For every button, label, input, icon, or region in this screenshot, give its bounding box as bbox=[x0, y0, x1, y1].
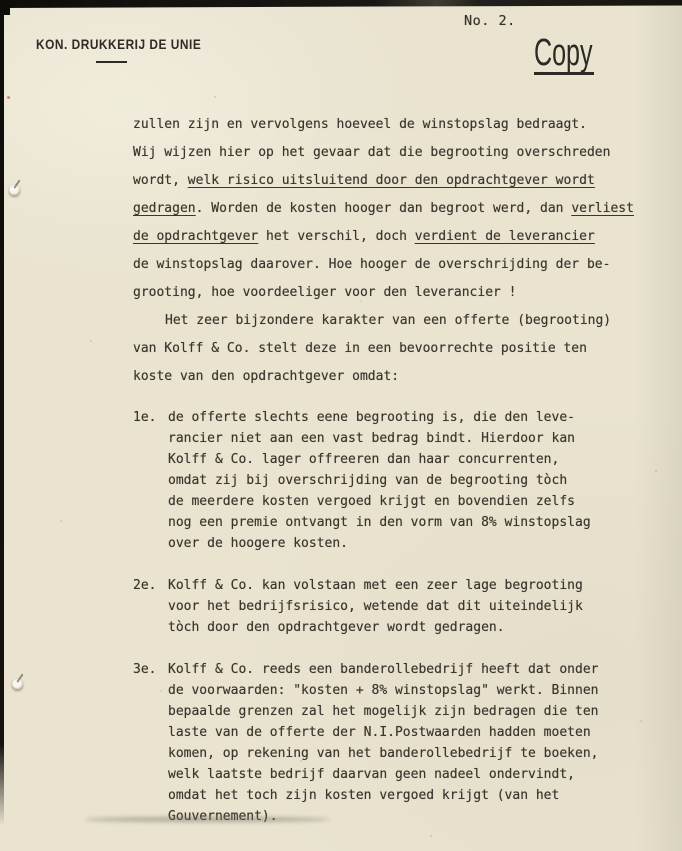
punch-hole-top bbox=[9, 185, 20, 196]
document-number: No. 2. bbox=[464, 13, 516, 29]
list-item-label: 2e. bbox=[133, 575, 168, 638]
text-line: nog een premie ontvangt in den vorm van … bbox=[168, 512, 648, 533]
scan-edge-left bbox=[0, 0, 4, 826]
paragraph: Het zeer bijzondere karakter van een off… bbox=[133, 307, 648, 391]
text-line: de meerdere kosten vergoed krijgt en bov… bbox=[168, 491, 648, 512]
list-item: 3e.Kolff & Co. reeds een banderollebedri… bbox=[133, 659, 648, 827]
text-line: voor het bedrijfsrisico, wetende dat dit… bbox=[168, 596, 648, 617]
text-line: omdat zij bij overschrijding van de begr… bbox=[168, 470, 648, 491]
text-line: laste van de offerte der N.I.Postwaarden… bbox=[168, 722, 648, 743]
document-body: zullen zijn en vervolgens hoeveel de win… bbox=[133, 111, 648, 827]
text-line: Kolff & Co. lager offreeren dan haar con… bbox=[168, 449, 648, 470]
text-line: omdat het toch zijn kosten vergoed krijg… bbox=[168, 785, 648, 806]
copy-stamp-label: Copy bbox=[534, 34, 593, 72]
list-item-label: 1e. bbox=[133, 407, 168, 554]
text-line: de winstopslag daarover. Hoe hooger de o… bbox=[133, 251, 648, 279]
scanned-page: KON. DRUKKERIJ DE UNIE No. 2. Copy zulle… bbox=[0, 0, 682, 851]
text-line: gedragen. Worden de kosten hooger dan be… bbox=[133, 195, 648, 223]
scan-edge-corner bbox=[0, 0, 10, 15]
text-line: bepaalde grenzen zal het mogelijk zijn b… bbox=[168, 701, 648, 722]
text-line: koste van den opdrachtgever omdat: bbox=[133, 363, 648, 391]
text-line: komen, op rekening van het banderollebed… bbox=[168, 743, 648, 764]
list-item: 1e.de offerte slechts eene begrooting is… bbox=[133, 407, 648, 554]
text-line: over de hoogere kosten. bbox=[168, 533, 648, 554]
text-line: Kolff & Co. kan volstaan met een zeer la… bbox=[168, 575, 648, 596]
letterhead-text: KON. DRUKKERIJ DE UNIE bbox=[36, 36, 201, 52]
copy-stamp-underline bbox=[534, 72, 594, 75]
text-line: de offerte slechts eene begrooting is, d… bbox=[168, 407, 648, 428]
text-line: Het zeer bijzondere karakter van een off… bbox=[133, 307, 648, 335]
scan-smudge bbox=[85, 817, 330, 822]
text-line: rancier niet aan een vast bedrag bindt. … bbox=[168, 428, 648, 449]
text-line: Wij wijzen hier op het gevaar dat die be… bbox=[133, 139, 648, 167]
text-line: zullen zijn en vervolgens hoeveel de win… bbox=[133, 111, 648, 139]
list-item: 2e.Kolff & Co. kan volstaan met een zeer… bbox=[133, 575, 648, 638]
text-line: wordt, welk risico uitsluitend door den … bbox=[133, 167, 648, 195]
paper-speck bbox=[7, 96, 10, 99]
text-line: tòch door den opdrachtgever wordt gedrag… bbox=[168, 617, 648, 638]
list-item-label: 3e. bbox=[133, 659, 168, 827]
letterhead-rule bbox=[96, 61, 127, 63]
text-line: Kolff & Co. reeds een banderollebedrijf … bbox=[168, 659, 648, 680]
text-line: de opdrachtgever het verschil, doch verd… bbox=[133, 223, 648, 251]
text-line: welk laatste bedrijf daarvan geen nadeel… bbox=[168, 764, 648, 785]
paragraph: zullen zijn en vervolgens hoeveel de win… bbox=[133, 111, 648, 307]
text-line: van Kolff & Co. stelt deze in een bevoor… bbox=[133, 335, 648, 363]
text-line: de voorwaarden: "kosten + 8% winstopslag… bbox=[168, 680, 648, 701]
text-line: grooting, hoe voordeeliger voor den leve… bbox=[133, 279, 648, 307]
punch-hole-bottom bbox=[12, 679, 23, 690]
